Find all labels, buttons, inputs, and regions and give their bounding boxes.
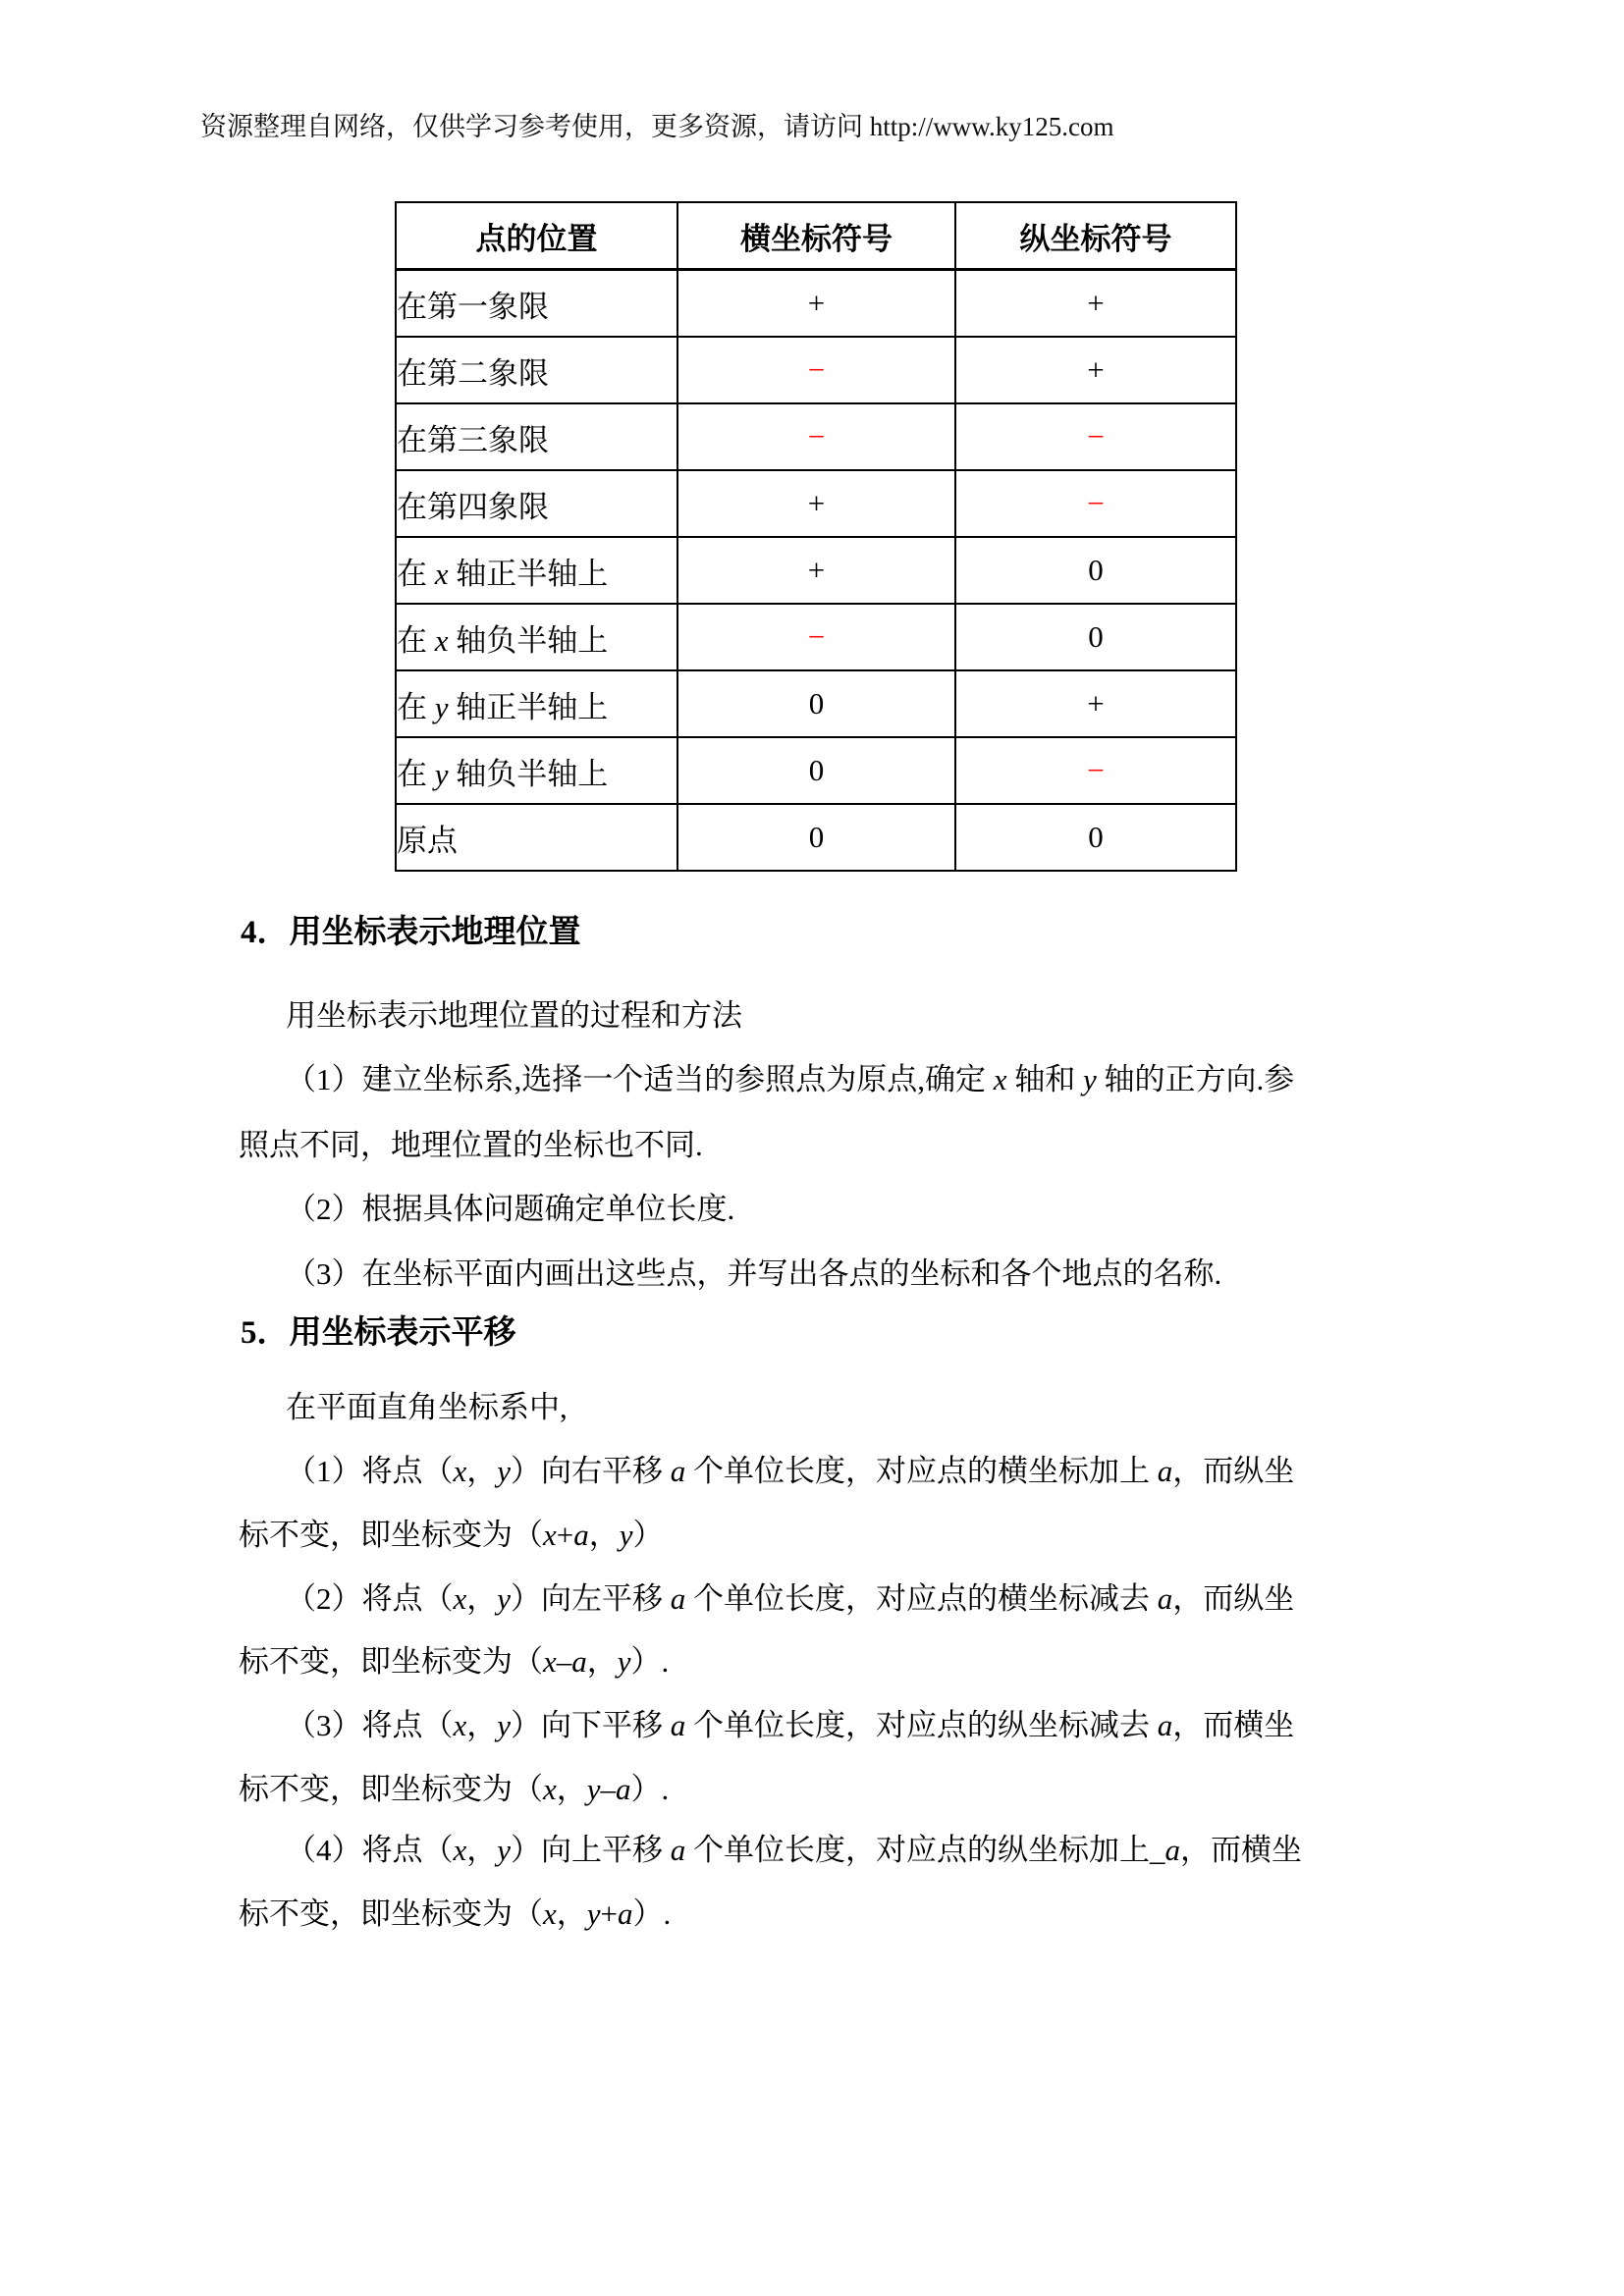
math-variable: a [1158, 1454, 1173, 1488]
math-variable: a [671, 1581, 686, 1616]
text-segment: 标不变，即坐标变为（ [239, 1896, 543, 1931]
text-segment: （4）将点（ [286, 1833, 454, 1867]
math-variable: x [543, 1772, 557, 1806]
text-segment: ， [557, 1896, 587, 1931]
math-variable: y [618, 1644, 631, 1679]
text-segment: – [601, 1772, 617, 1806]
math-variable: y [587, 1896, 601, 1931]
text-segment: + [601, 1896, 618, 1931]
text-segment: ，而横坐 [1172, 1708, 1294, 1742]
text-line: （1）将点（x，y）向右平移 a 个单位长度，对应点的横坐标加上 a，而纵坐 [286, 1453, 1294, 1491]
document-page: 资源整理自网络，仅供学习参考使用，更多资源，请访问 http://www.ky1… [0, 0, 1624, 2296]
text-line: （2）根据具体问题确定单位长度. [286, 1191, 734, 1229]
text-segment: ， [466, 1708, 497, 1742]
text-line: 标不变，即坐标变为（x，y–a）. [239, 1771, 669, 1809]
text-segment: ，而纵坐 [1172, 1454, 1294, 1488]
math-variable: y [620, 1518, 633, 1552]
text-segment: ，而纵坐 [1172, 1581, 1294, 1616]
text-segment: ， [557, 1772, 587, 1806]
math-variable: y [497, 1581, 511, 1616]
text-segment: ）. [631, 1644, 670, 1679]
math-variable: x [454, 1833, 467, 1867]
math-variable: a [1158, 1581, 1173, 1616]
text-segment: （2）将点（ [286, 1581, 454, 1616]
text-segment: 照点不同，地理位置的坐标也不同. [239, 1128, 703, 1162]
text-line: （2）将点（x，y）向左平移 a 个单位长度，对应点的横坐标减去 a，而纵坐 [286, 1580, 1294, 1619]
math-variable: a [671, 1833, 686, 1867]
text-segment: 个单位长度，对应点的纵坐标减去 [685, 1708, 1158, 1742]
math-variable: x [543, 1644, 557, 1679]
math-variable: a [1158, 1708, 1173, 1742]
text-line: 用坐标表示地理位置的过程和方法 [286, 997, 742, 1036]
text-segment: 个单位长度，对应点的横坐标减去 [685, 1581, 1158, 1616]
text-segment: 轴和 [1007, 1062, 1084, 1096]
text-segment: ）向下平移 [511, 1708, 671, 1742]
text-flow: 4．用坐标表示地理位置用坐标表示地理位置的过程和方法（1）建立坐标系,选择一个适… [0, 0, 1624, 2296]
math-variable: y [497, 1454, 511, 1488]
math-variable: a [571, 1644, 587, 1679]
text-segment: 个单位长度，对应点的纵坐标加上_ [685, 1833, 1164, 1867]
text-segment: （2）根据具体问题确定单位长度. [286, 1192, 734, 1226]
text-segment: ， [589, 1518, 620, 1552]
text-segment: （1）建立坐标系,选择一个适当的参照点为原点,确定 [286, 1062, 994, 1096]
text-segment: – [557, 1644, 572, 1679]
math-variable: x [994, 1062, 1007, 1096]
math-variable: x [543, 1896, 557, 1931]
text-segment: ）. [631, 1772, 670, 1806]
text-segment: （1）将点（ [286, 1454, 454, 1488]
math-variable: y [1083, 1062, 1097, 1096]
text-segment: 5．用坐标表示平移 [241, 1315, 516, 1351]
text-segment: + [557, 1518, 573, 1552]
text-segment: 个单位长度，对应点的横坐标加上 [685, 1454, 1158, 1488]
text-segment: ） [633, 1518, 664, 1552]
math-variable: x [454, 1708, 467, 1742]
text-line: 照点不同，地理位置的坐标也不同. [239, 1127, 703, 1165]
math-variable: y [587, 1772, 601, 1806]
text-segment: 轴的正方向.参 [1097, 1062, 1295, 1096]
text-segment: 标不变，即坐标变为（ [239, 1644, 543, 1679]
text-segment: ）向左平移 [511, 1581, 671, 1616]
text-line: 标不变，即坐标变为（x，y+a）. [239, 1896, 671, 1934]
math-variable: a [671, 1454, 686, 1488]
text-segment: ， [466, 1833, 497, 1867]
math-variable: x [454, 1581, 467, 1616]
text-segment: 在平面直角坐标系中, [286, 1390, 568, 1424]
text-segment: ）. [633, 1896, 672, 1931]
text-line: 在平面直角坐标系中, [286, 1389, 568, 1427]
text-segment: ）向右平移 [511, 1454, 671, 1488]
text-segment: （3）在坐标平面内画出这些点，并写出各点的坐标和各个地点的名称. [286, 1256, 1221, 1291]
text-segment: ， [466, 1454, 497, 1488]
text-segment: ， [587, 1644, 618, 1679]
text-line: （3）在坐标平面内画出这些点，并写出各点的坐标和各个地点的名称. [286, 1255, 1221, 1294]
text-segment: 标不变，即坐标变为（ [239, 1772, 543, 1806]
text-line: （1）建立坐标系,选择一个适当的参照点为原点,确定 x 轴和 y 轴的正方向.参 [286, 1061, 1294, 1099]
math-variable: y [497, 1708, 511, 1742]
text-segment: ，而横坐 [1180, 1833, 1302, 1867]
math-variable: a [1165, 1833, 1181, 1867]
text-line: （3）将点（x，y）向下平移 a 个单位长度，对应点的纵坐标减去 a，而横坐 [286, 1707, 1294, 1745]
text-line: 标不变，即坐标变为（x+a，y） [239, 1517, 664, 1555]
text-segment: 用坐标表示地理位置的过程和方法 [286, 998, 742, 1033]
section-heading: 5．用坐标表示平移 [241, 1313, 516, 1354]
text-line: 标不变，即坐标变为（x–a，y）. [239, 1643, 669, 1682]
text-segment: ）向上平移 [511, 1833, 671, 1867]
math-variable: a [616, 1772, 631, 1806]
text-segment: 4．用坐标表示地理位置 [241, 915, 581, 950]
text-segment: 标不变，即坐标变为（ [239, 1518, 543, 1552]
text-segment: ， [466, 1581, 497, 1616]
math-variable: x [454, 1454, 467, 1488]
math-variable: x [543, 1518, 557, 1552]
section-heading: 4．用坐标表示地理位置 [241, 913, 581, 953]
math-variable: a [671, 1708, 686, 1742]
math-variable: a [573, 1518, 589, 1552]
text-line: （4）将点（x，y）向上平移 a 个单位长度，对应点的纵坐标加上_a，而横坐 [286, 1832, 1302, 1870]
math-variable: a [618, 1896, 633, 1931]
text-segment: （3）将点（ [286, 1708, 454, 1742]
math-variable: y [497, 1833, 511, 1867]
